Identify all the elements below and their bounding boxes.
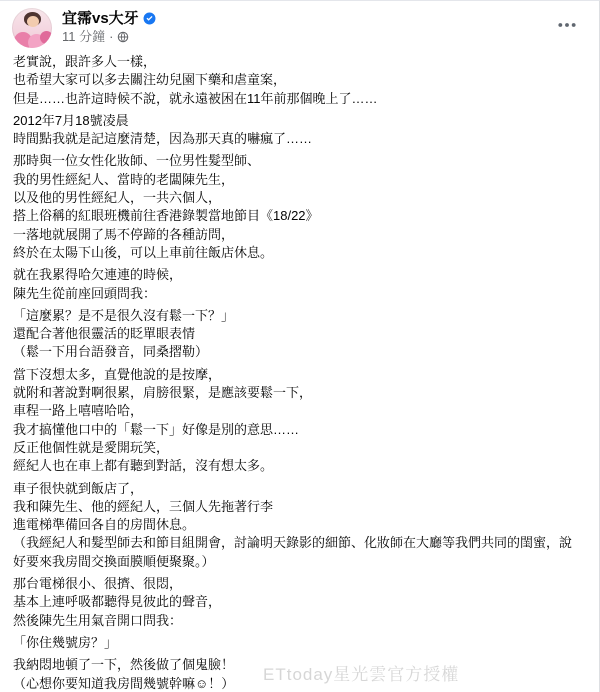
post-paragraph: 我納悶地頓了一下，然後做了個鬼臉！ （心想你要知道我房間幾號幹嘛☺！） (13, 656, 587, 692)
more-icon (557, 15, 577, 35)
post-paragraph: 老實說，跟許多人一樣， 也希望大家可以多去關注幼兒園下藥和虐童案， 但是……也許… (13, 53, 587, 108)
timestamp[interactable]: 11 分鐘 (62, 29, 105, 45)
post-meta: 11 分鐘 · (62, 29, 156, 45)
post-paragraph: 「這麼累？是不是很久沒有鬆一下？」 還配合著他很靈活的眨單眼表情 （鬆一下用台語… (13, 307, 587, 362)
post-paragraph: 2012年7月18號凌晨 時間點我就是記這麼清楚，因為那天真的嚇瘋了…… (13, 112, 587, 149)
meta-separator: · (109, 29, 113, 45)
post-paragraph: 當下沒想太多，直覺他說的是按摩， 就附和著說對啊很累，肩膀很緊，是應該要鬆一下，… (13, 366, 587, 476)
post-paragraph: 那時與一位女性化妝師、一位男性髮型師、 我的男性經紀人、當時的老闆陳先生， 以及… (13, 152, 587, 262)
facebook-post-card: 宜霈vs大牙 11 分鐘 · 老實說，跟 (0, 0, 600, 692)
verified-badge-icon (143, 12, 156, 25)
post-header: 宜霈vs大牙 11 分鐘 · (0, 1, 599, 51)
post-header-text: 宜霈vs大牙 11 分鐘 · (62, 8, 156, 45)
post-paragraph: 車子很快就到飯店了， 我和陳先生、他的經紀人，三個人先拖著行李 進電梯準備回各自… (13, 480, 587, 571)
author-row: 宜霈vs大牙 (62, 9, 156, 28)
post-content: 老實說，跟許多人一樣， 也希望大家可以多去關注幼兒園下藥和虐童案， 但是……也許… (0, 51, 599, 692)
author-name[interactable]: 宜霈vs大牙 (62, 9, 139, 28)
post-menu-button[interactable] (551, 13, 583, 37)
post-paragraph: 「你住幾號房？」 (13, 634, 587, 652)
globe-icon (117, 31, 129, 43)
post-paragraph: 那台電梯很小、很擠、很悶， 基本上連呼吸都聽得見彼此的聲音， 然後陳先生用氣音開… (13, 575, 587, 630)
avatar-art (40, 31, 52, 44)
profile-avatar[interactable] (12, 8, 52, 48)
post-paragraph: 就在我累得哈欠連連的時候， 陳先生從前座回頭問我： (13, 266, 587, 303)
avatar-art (27, 16, 39, 27)
